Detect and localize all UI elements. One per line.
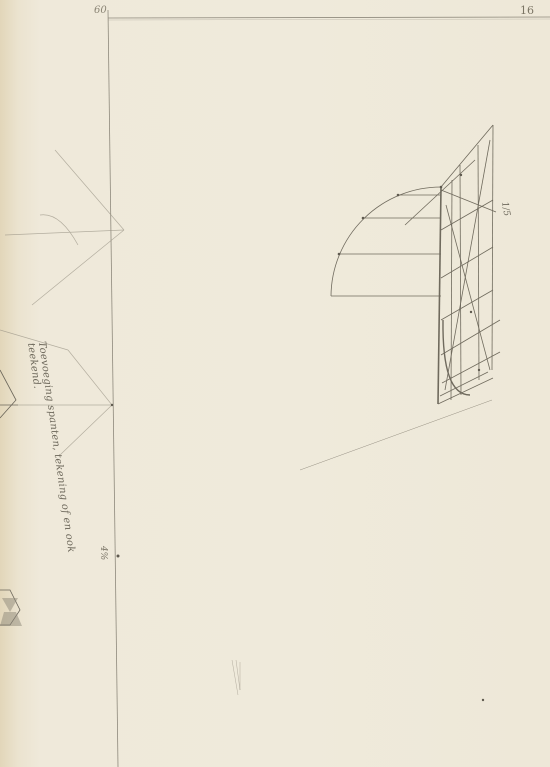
left-margin-line: [108, 10, 118, 767]
sketchbook-page: 16 60 1/5 Toevoeging spanten, tekening o…: [0, 0, 550, 767]
top-margin-line: [108, 17, 550, 18]
quarter-circle-construction: [300, 125, 500, 470]
page-number: 16: [520, 4, 534, 17]
corner-mark: 60: [94, 5, 107, 16]
pencil-drawing: [0, 0, 550, 767]
margin-mark: 4%: [98, 546, 108, 560]
